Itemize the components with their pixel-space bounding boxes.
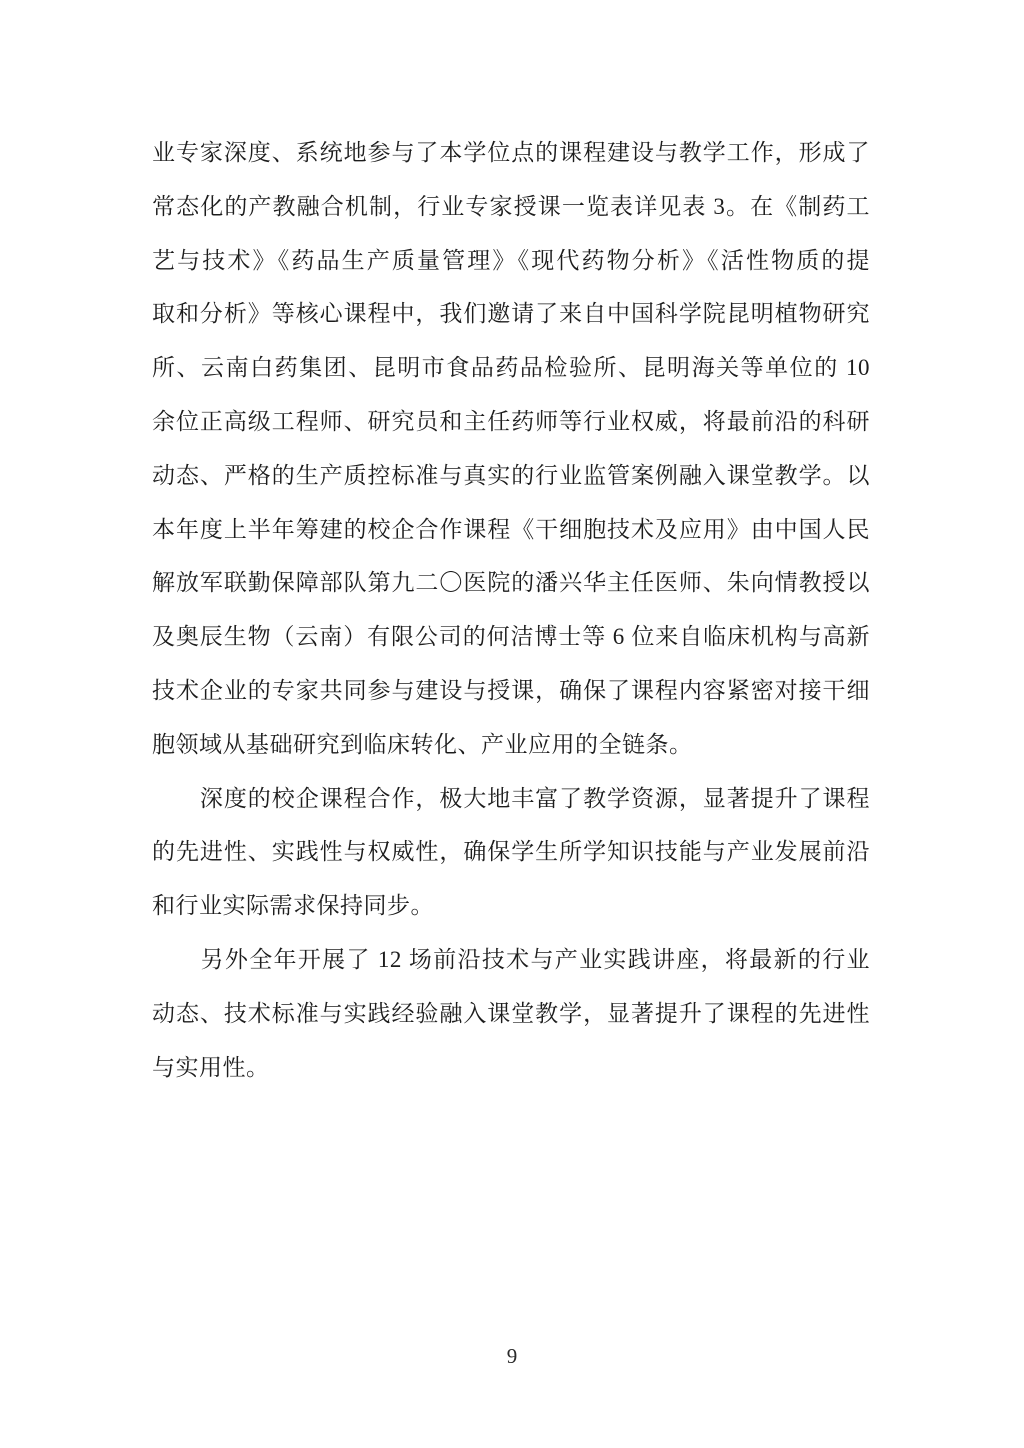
text-line: 动态、严格的生产质控标准与真实的行业监管案例融入课堂教学。以 xyxy=(152,449,870,503)
text-line: 和行业实际需求保持同步。 xyxy=(152,879,870,933)
text-line: 另外全年开展了 12 场前沿技术与产业实践讲座，将最新的行业 xyxy=(152,933,870,987)
text-line: 技术企业的专家共同参与建设与授课，确保了课程内容紧密对接干细 xyxy=(152,664,870,718)
text-line: 胞领域从基础研究到临床转化、产业应用的全链条。 xyxy=(152,718,870,772)
text-line: 艺与技术》《药品生产质量管理》《现代药物分析》《活性物质的提 xyxy=(152,234,870,288)
text-line: 所、云南白药集团、昆明市食品药品检验所、昆明海关等单位的 10 xyxy=(152,341,870,395)
text-line: 解放军联勤保障部队第九二〇医院的潘兴华主任医师、朱向情教授以 xyxy=(152,556,870,610)
text-body: 业专家深度、系统地参与了本学位点的课程建设与教学工作，形成了常态化的产教融合机制… xyxy=(152,126,870,1094)
text-line: 的先进性、实践性与权威性，确保学生所学知识技能与产业发展前沿 xyxy=(152,825,870,879)
text-line: 业专家深度、系统地参与了本学位点的课程建设与教学工作，形成了 xyxy=(152,126,870,180)
text-line: 余位正高级工程师、研究员和主任药师等行业权威，将最前沿的科研 xyxy=(152,395,870,449)
document-page: 业专家深度、系统地参与了本学位点的课程建设与教学工作，形成了常态化的产教融合机制… xyxy=(0,0,1024,1448)
text-line: 本年度上半年筹建的校企合作课程《干细胞技术及应用》由中国人民 xyxy=(152,503,870,557)
text-line: 常态化的产教融合机制，行业专家授课一览表详见表 3。在《制药工 xyxy=(152,180,870,234)
text-line: 与实用性。 xyxy=(152,1041,870,1095)
text-line: 取和分析》等核心课程中，我们邀请了来自中国科学院昆明植物研究 xyxy=(152,287,870,341)
text-line: 深度的校企课程合作，极大地丰富了教学资源，显著提升了课程 xyxy=(152,772,870,826)
text-line: 及奥辰生物（云南）有限公司的何洁博士等 6 位来自临床机构与高新 xyxy=(152,610,870,664)
text-line: 动态、技术标准与实践经验融入课堂教学，显著提升了课程的先进性 xyxy=(152,987,870,1041)
page-number: 9 xyxy=(0,1344,1024,1368)
